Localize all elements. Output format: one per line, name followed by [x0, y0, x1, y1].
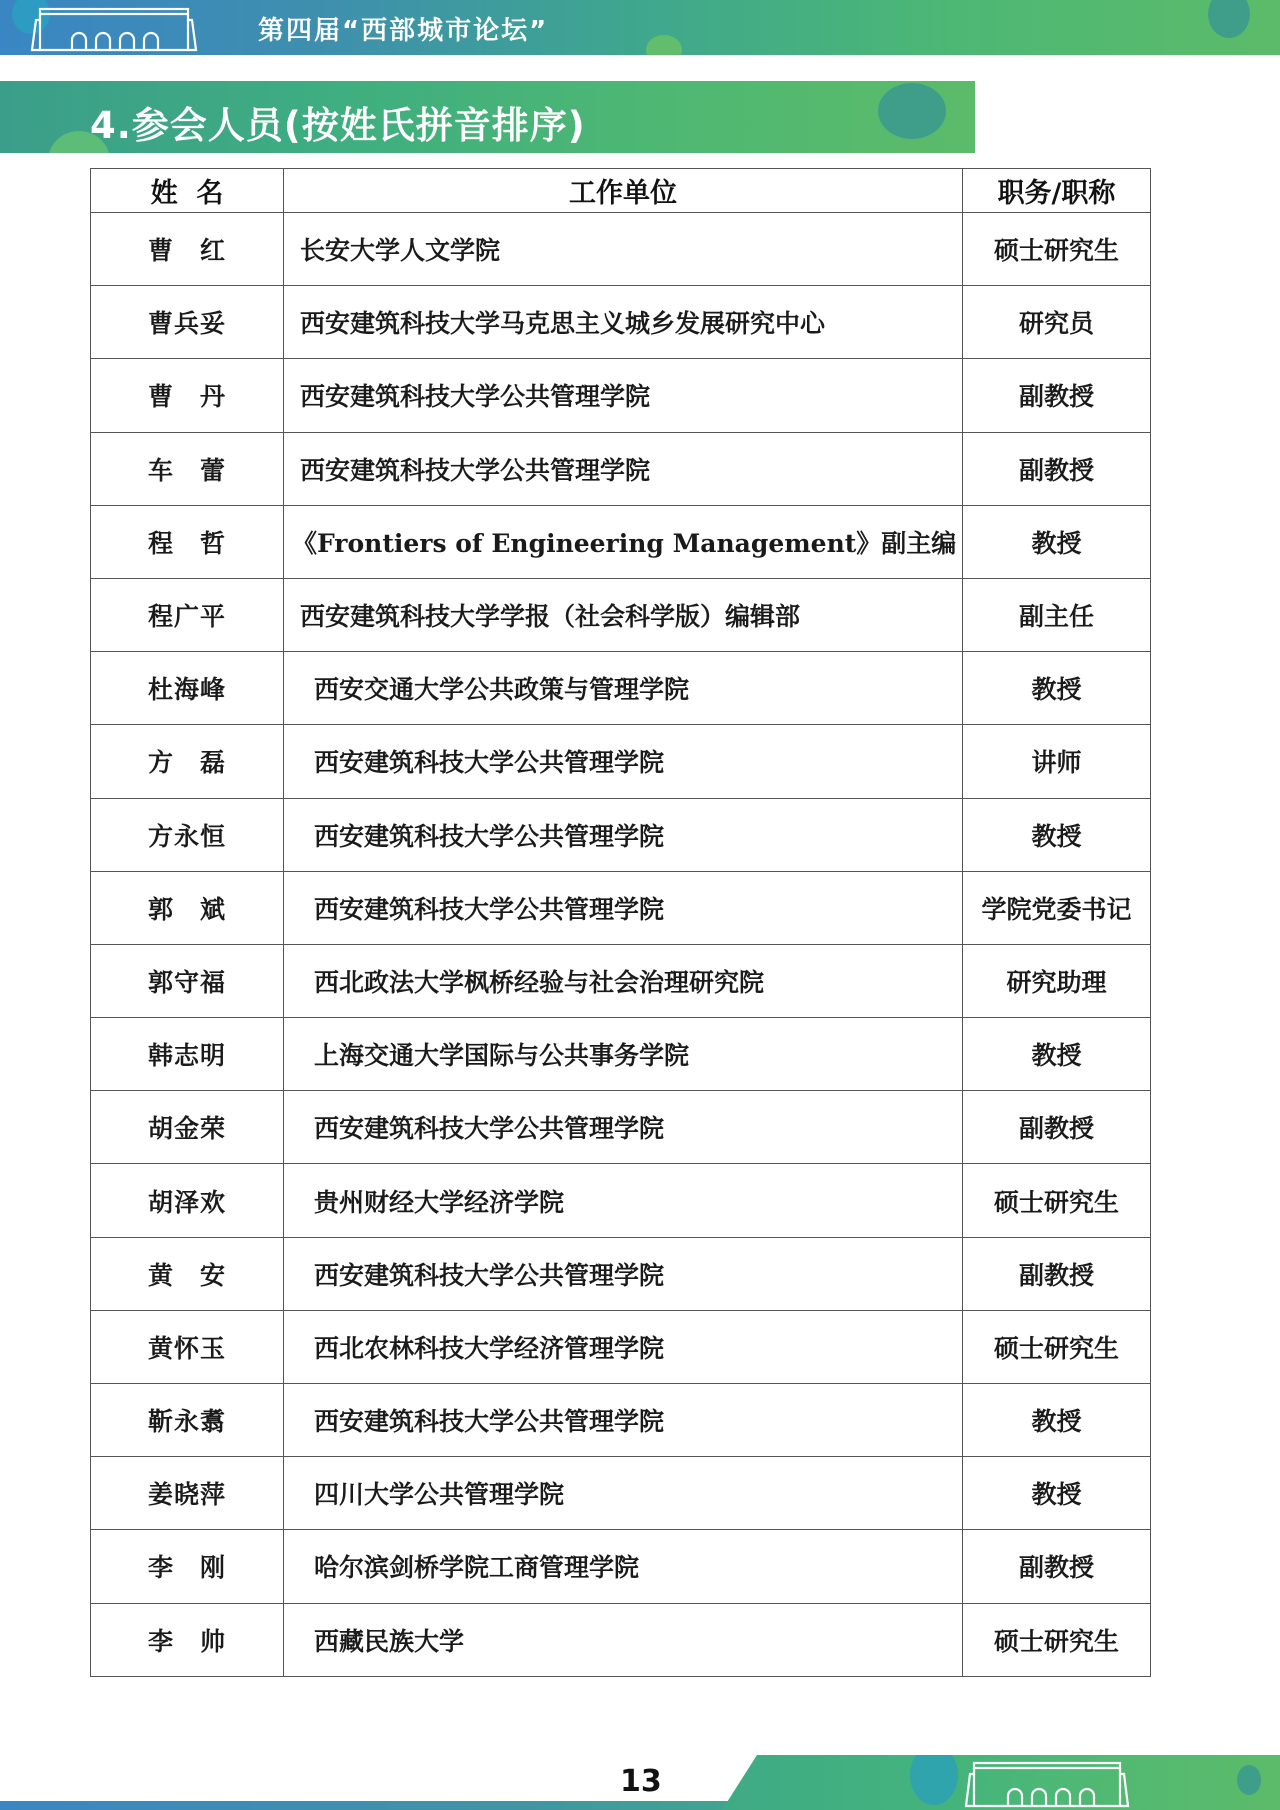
- decorative-circle: [646, 35, 682, 55]
- title-cell: 硕士研究生: [963, 1310, 1151, 1383]
- building-outline-icon: [28, 6, 200, 52]
- table-row: 姜晓萍四川大学公共管理学院教授: [91, 1457, 1151, 1530]
- header-title: 职务/职称: [963, 169, 1151, 213]
- title-cell: 研究员: [963, 286, 1151, 359]
- title-cell: 硕士研究生: [963, 213, 1151, 286]
- name-cell: 程 哲: [91, 505, 284, 578]
- table-row: 李 帅西藏民族大学硕士研究生: [91, 1603, 1151, 1676]
- unit-cell: 西安建筑科技大学公共管理学院: [284, 798, 963, 871]
- table-row: 车 蕾西安建筑科技大学公共管理学院副教授: [91, 432, 1151, 505]
- table-body: 曹 红长安大学人文学院硕士研究生 曹兵妥西安建筑科技大学马克思主义城乡发展研究中…: [91, 213, 1151, 1677]
- unit-cell: 西安建筑科技大学公共管理学院: [284, 1384, 963, 1457]
- table-row: 杜海峰西安交通大学公共政策与管理学院教授: [91, 652, 1151, 725]
- title-cell: 教授: [963, 1384, 1151, 1457]
- unit-cell: 西安建筑科技大学公共管理学院: [284, 1237, 963, 1310]
- name-cell: 韩志明: [91, 1018, 284, 1091]
- name-cell: 车 蕾: [91, 432, 284, 505]
- attendee-table: 姓 名 工作单位 职务/职称 曹 红长安大学人文学院硕士研究生 曹兵妥西安建筑科…: [90, 168, 1151, 1677]
- name-cell: 杜海峰: [91, 652, 284, 725]
- name-cell: 方 磊: [91, 725, 284, 798]
- table-row: 曹 红长安大学人文学院硕士研究生: [91, 213, 1151, 286]
- unit-cell: 上海交通大学国际与公共事务学院: [284, 1018, 963, 1091]
- unit-cell: 西安建筑科技大学公共管理学院: [284, 1091, 963, 1164]
- table-row: 黄怀玉西北农林科技大学经济管理学院硕士研究生: [91, 1310, 1151, 1383]
- title-cell: 讲师: [963, 725, 1151, 798]
- name-cell: 郭 斌: [91, 871, 284, 944]
- table-row: 胡金荣西安建筑科技大学公共管理学院副教授: [91, 1091, 1151, 1164]
- name-cell: 曹 红: [91, 213, 284, 286]
- title-cell: 副教授: [963, 1530, 1151, 1603]
- name-cell: 胡泽欢: [91, 1164, 284, 1237]
- banner-title: 第四届“西部城市论坛”: [258, 10, 548, 47]
- table-row: 程 哲《Frontiers of Engineering Management》…: [91, 505, 1151, 578]
- name-cell: 程广平: [91, 578, 284, 651]
- name-cell: 靳永翥: [91, 1384, 284, 1457]
- table-row: 方 磊西安建筑科技大学公共管理学院讲师: [91, 725, 1151, 798]
- title-cell: 副主任: [963, 578, 1151, 651]
- table-row: 方永恒西安建筑科技大学公共管理学院教授: [91, 798, 1151, 871]
- unit-cell: 西北农林科技大学经济管理学院: [284, 1310, 963, 1383]
- header-name: 姓 名: [91, 169, 284, 213]
- table-header-row: 姓 名 工作单位 职务/职称: [91, 169, 1151, 213]
- unit-cell: 贵州财经大学经济学院: [284, 1164, 963, 1237]
- name-cell: 曹兵妥: [91, 286, 284, 359]
- name-cell: 方永恒: [91, 798, 284, 871]
- title-cell: 副教授: [963, 359, 1151, 432]
- title-cell: 教授: [963, 1018, 1151, 1091]
- table-row: 黄 安西安建筑科技大学公共管理学院副教授: [91, 1237, 1151, 1310]
- name-cell: 李 刚: [91, 1530, 284, 1603]
- footer-band: [722, 1755, 1280, 1810]
- section-title: 4.参会人员(按姓氏拼音排序): [90, 95, 586, 149]
- name-cell: 曹 丹: [91, 359, 284, 432]
- table-row: 郭守福西北政法大学枫桥经验与社会治理研究院研究助理: [91, 944, 1151, 1017]
- decorative-circle: [878, 83, 946, 139]
- unit-cell: 西藏民族大学: [284, 1603, 963, 1676]
- name-cell: 黄 安: [91, 1237, 284, 1310]
- decorative-circle: [910, 1755, 958, 1805]
- building-outline-icon: [962, 1760, 1132, 1808]
- table-row: 郭 斌西安建筑科技大学公共管理学院学院党委书记: [91, 871, 1151, 944]
- page-number: 13: [620, 1764, 662, 1799]
- title-cell: 硕士研究生: [963, 1603, 1151, 1676]
- decorative-circle: [1237, 1765, 1261, 1795]
- table-row: 胡泽欢贵州财经大学经济学院硕士研究生: [91, 1164, 1151, 1237]
- unit-cell: 西安建筑科技大学公共管理学院: [284, 871, 963, 944]
- title-cell: 副教授: [963, 432, 1151, 505]
- table-row: 曹 丹西安建筑科技大学公共管理学院副教授: [91, 359, 1151, 432]
- title-cell: 教授: [963, 505, 1151, 578]
- unit-cell: 西安交通大学公共政策与管理学院: [284, 652, 963, 725]
- header-unit: 工作单位: [284, 169, 963, 213]
- title-cell: 学院党委书记: [963, 871, 1151, 944]
- title-cell: 教授: [963, 652, 1151, 725]
- unit-cell: 哈尔滨剑桥学院工商管理学院: [284, 1530, 963, 1603]
- table-row: 曹兵妥西安建筑科技大学马克思主义城乡发展研究中心研究员: [91, 286, 1151, 359]
- title-cell: 教授: [963, 798, 1151, 871]
- title-cell: 副教授: [963, 1237, 1151, 1310]
- unit-cell: 西安建筑科技大学公共管理学院: [284, 432, 963, 505]
- name-cell: 姜晓萍: [91, 1457, 284, 1530]
- decorative-circle: [1208, 0, 1250, 38]
- unit-cell: 西安建筑科技大学马克思主义城乡发展研究中心: [284, 286, 963, 359]
- unit-cell: 四川大学公共管理学院: [284, 1457, 963, 1530]
- name-cell: 郭守福: [91, 944, 284, 1017]
- top-banner: 第四届“西部城市论坛”: [0, 0, 1280, 55]
- unit-cell: 西安建筑科技大学公共管理学院: [284, 725, 963, 798]
- unit-cell: 《Frontiers of Engineering Management》副主编: [284, 505, 963, 578]
- name-cell: 黄怀玉: [91, 1310, 284, 1383]
- name-cell: 李 帅: [91, 1603, 284, 1676]
- title-cell: 教授: [963, 1457, 1151, 1530]
- table-row: 靳永翥西安建筑科技大学公共管理学院教授: [91, 1384, 1151, 1457]
- table-row: 李 刚哈尔滨剑桥学院工商管理学院副教授: [91, 1530, 1151, 1603]
- unit-cell: 西北政法大学枫桥经验与社会治理研究院: [284, 944, 963, 1017]
- table-row: 韩志明上海交通大学国际与公共事务学院教授: [91, 1018, 1151, 1091]
- unit-cell: 西安建筑科技大学公共管理学院: [284, 359, 963, 432]
- section-heading: 4.参会人员(按姓氏拼音排序): [0, 81, 975, 153]
- name-cell: 胡金荣: [91, 1091, 284, 1164]
- unit-cell: 西安建筑科技大学学报（社会科学版）编辑部: [284, 578, 963, 651]
- table-row: 程广平西安建筑科技大学学报（社会科学版）编辑部副主任: [91, 578, 1151, 651]
- title-cell: 研究助理: [963, 944, 1151, 1017]
- title-cell: 副教授: [963, 1091, 1151, 1164]
- unit-cell: 长安大学人文学院: [284, 213, 963, 286]
- title-cell: 硕士研究生: [963, 1164, 1151, 1237]
